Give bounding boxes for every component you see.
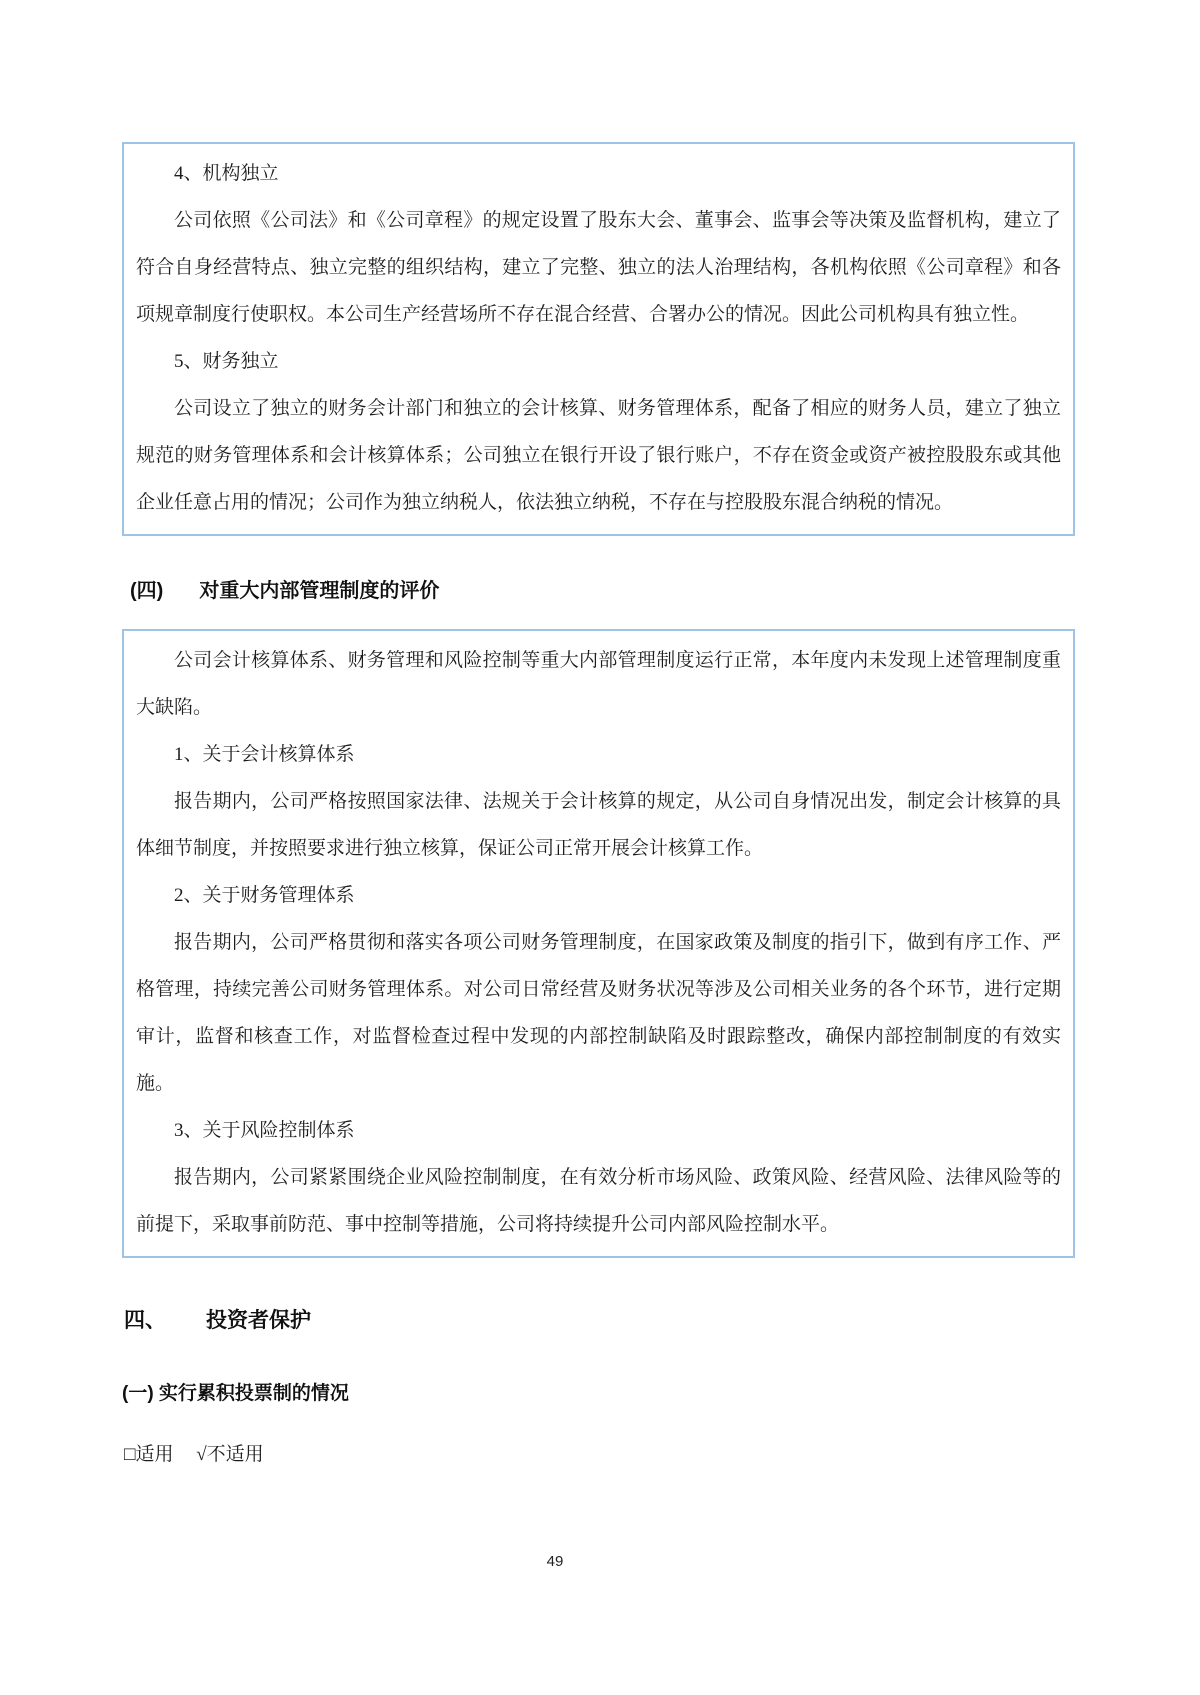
applicability-line: □适用 √不适用	[124, 1439, 1075, 1466]
not-applicable-option-checked: √不适用	[196, 1439, 263, 1466]
numbered-item-heading: 4、机构独立	[136, 150, 1061, 197]
numbered-item-heading: 1、关于会计核算体系	[136, 731, 1061, 778]
numbered-item-heading: 3、关于风险控制体系	[136, 1107, 1061, 1154]
numbered-item-heading: 2、关于财务管理体系	[136, 872, 1061, 919]
internal-management-evaluation-box: 公司会计核算体系、财务管理和风险控制等重大内部管理制度运行正常，本年度内未发现上…	[122, 629, 1075, 1258]
section-title: 对重大内部管理制度的评价	[199, 580, 439, 602]
section-numeral: (四)	[130, 574, 163, 603]
chapter-heading-investor-protection: 四、投资者保护	[124, 1304, 1075, 1334]
body-paragraph: 报告期内，公司严格贯彻和落实各项公司财务管理制度，在国家政策及制度的指引下，做到…	[136, 919, 1061, 1107]
chapter-numeral: 四、	[124, 1304, 166, 1334]
chapter-title: 投资者保护	[206, 1309, 311, 1332]
report-page: 4、机构独立公司依照《公司法》和《公司章程》的规定设置了股东大会、董事会、监事会…	[0, 0, 1200, 1695]
independence-section-box: 4、机构独立公司依照《公司法》和《公司章程》的规定设置了股东大会、董事会、监事会…	[122, 142, 1075, 536]
page-number: 49	[0, 1553, 1110, 1570]
body-paragraph: 公司设立了独立的财务会计部门和独立的会计核算、财务管理体系，配备了相应的财务人员…	[136, 385, 1061, 526]
body-paragraph: 报告期内，公司严格按照国家法律、法规关于会计核算的规定，从公司自身情况出发，制定…	[136, 778, 1061, 872]
body-paragraph: 公司会计核算体系、财务管理和风险控制等重大内部管理制度运行正常，本年度内未发现上…	[136, 637, 1061, 731]
section-heading-internal-management: (四)对重大内部管理制度的评价	[130, 574, 1075, 603]
applicable-option-unchecked: □适用	[124, 1439, 173, 1466]
subsection-heading-cumulative-voting: (一) 实行累积投票制的情况	[122, 1378, 1075, 1405]
body-paragraph: 报告期内，公司紧紧围绕企业风险控制制度，在有效分析市场风险、政策风险、经营风险、…	[136, 1154, 1061, 1248]
numbered-item-heading: 5、财务独立	[136, 338, 1061, 385]
body-paragraph: 公司依照《公司法》和《公司章程》的规定设置了股东大会、董事会、监事会等决策及监督…	[136, 197, 1061, 338]
page-content: 4、机构独立公司依照《公司法》和《公司章程》的规定设置了股东大会、董事会、监事会…	[0, 0, 1200, 1466]
